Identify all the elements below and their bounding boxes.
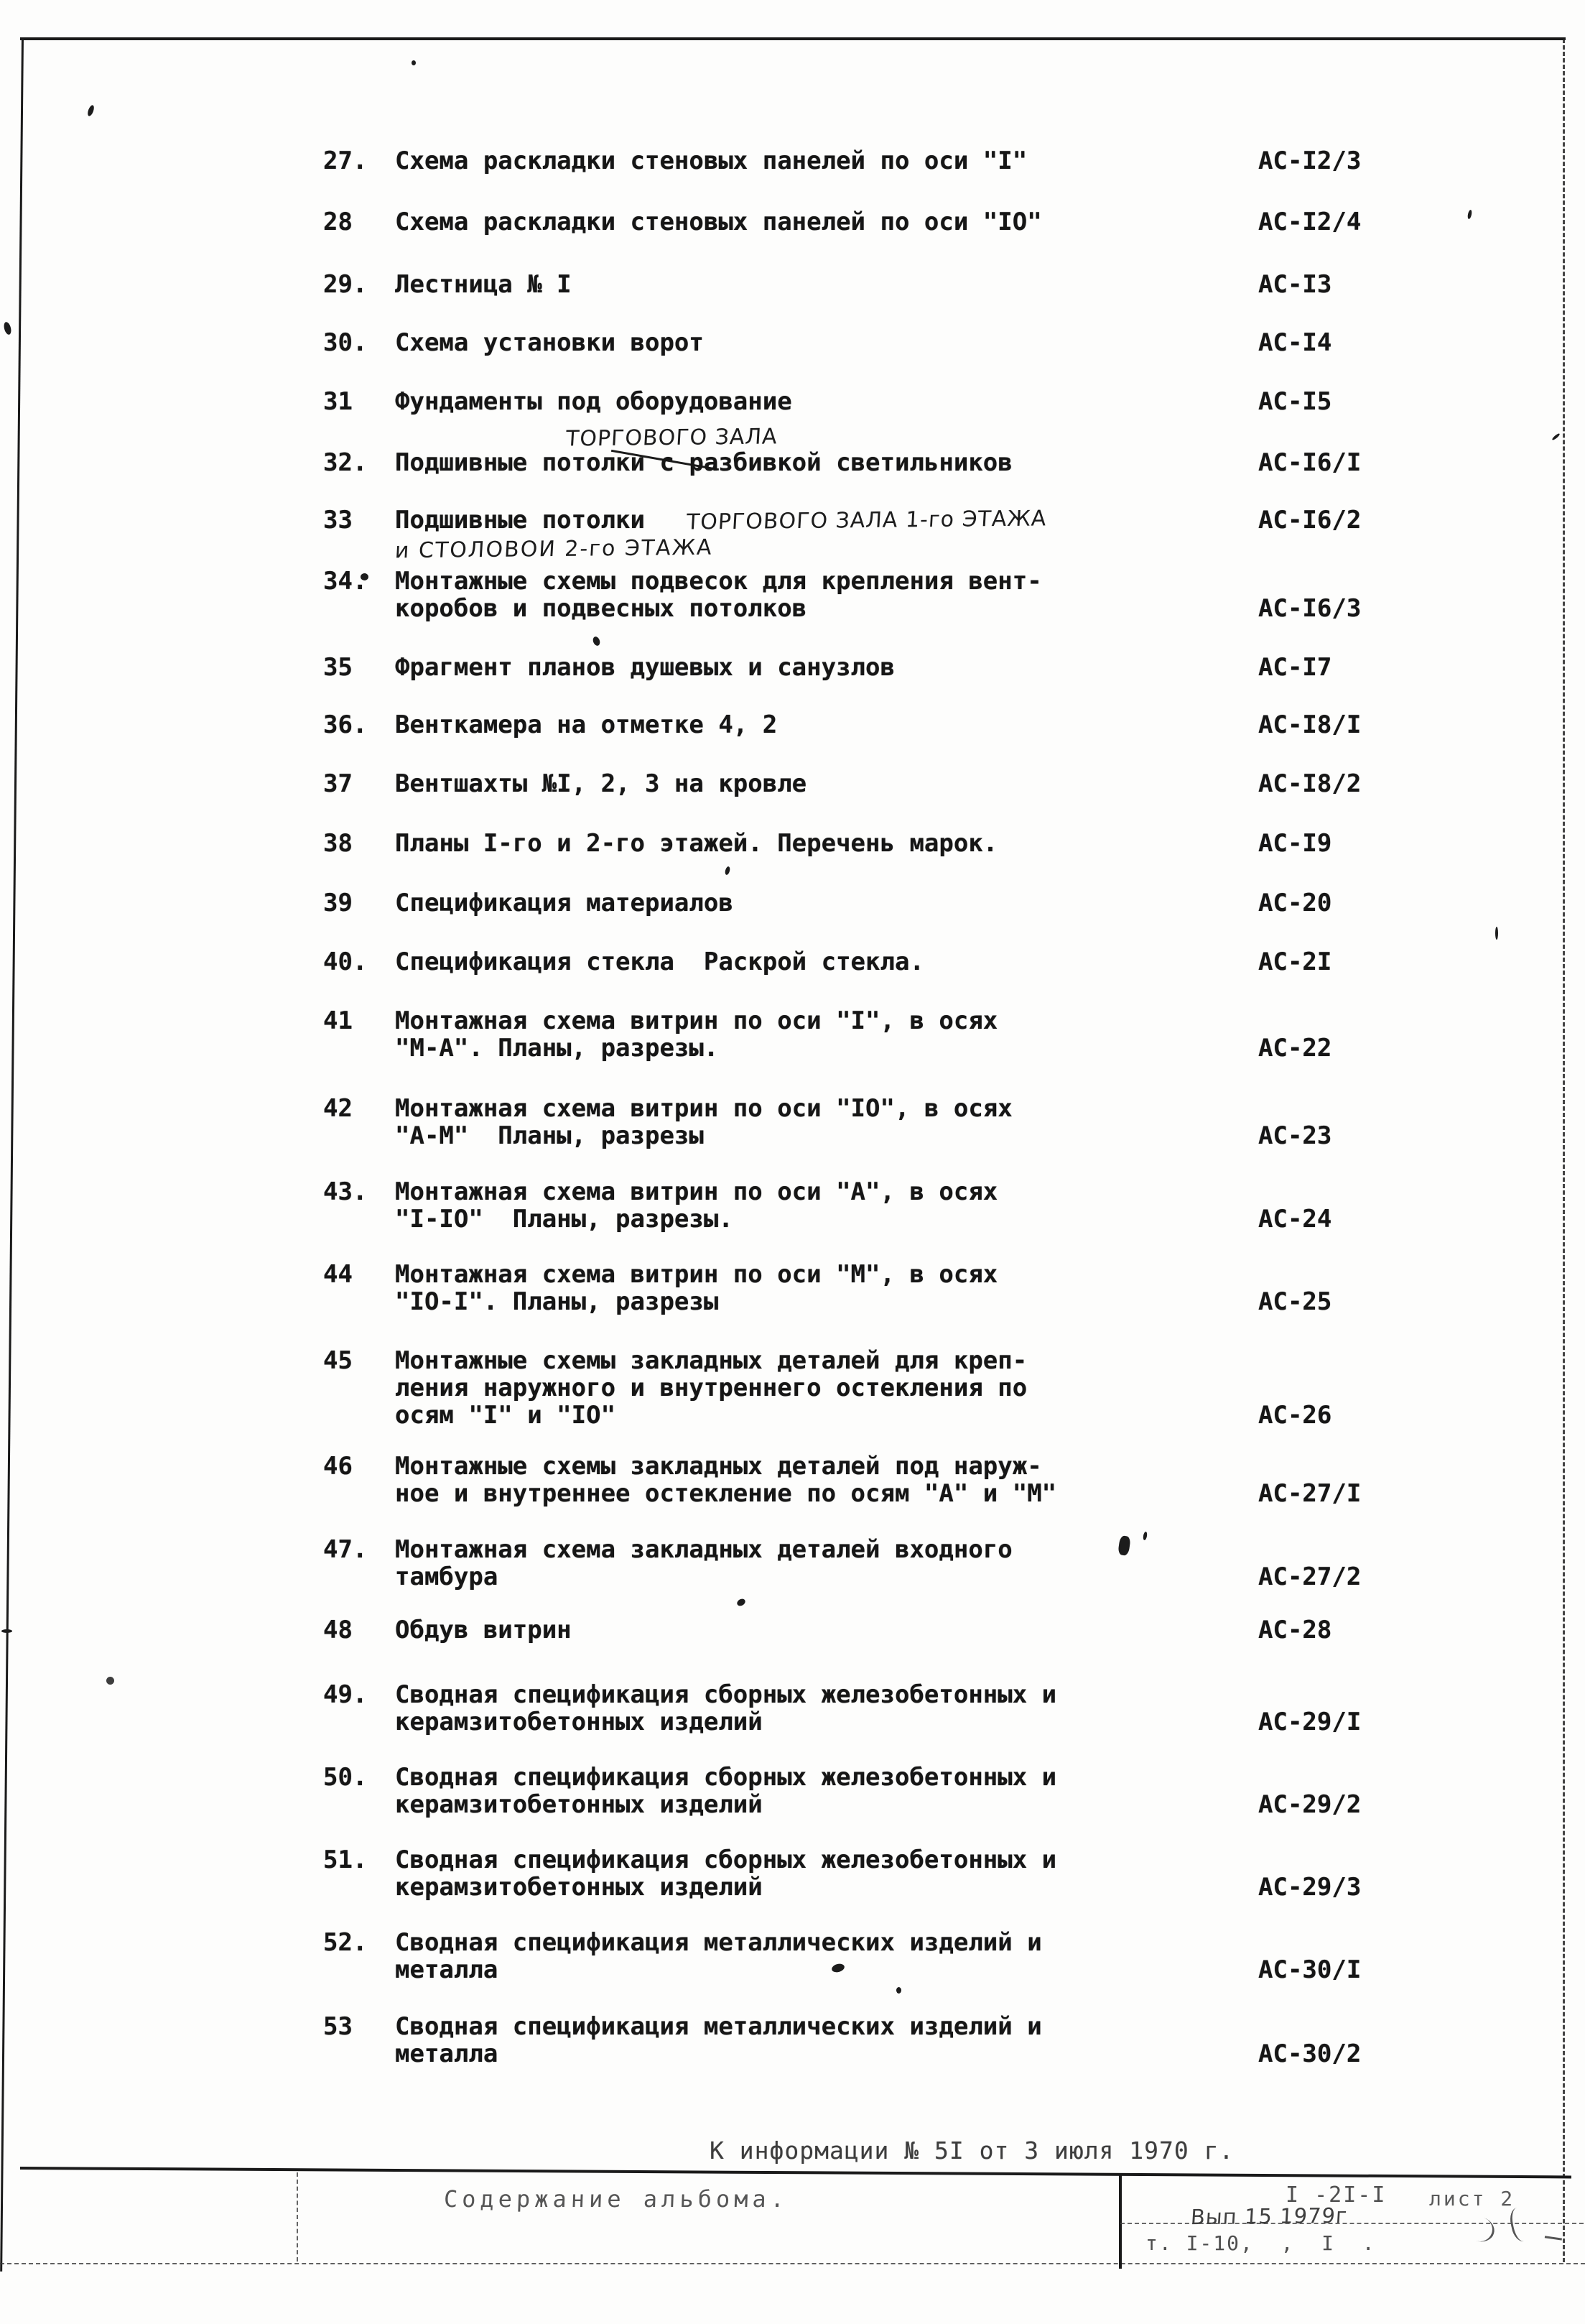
item-number: 42 — [323, 1095, 353, 1122]
sheet-code: АС-2I — [1258, 948, 1331, 976]
title-block-row2: т. I-10, , I . — [1145, 2231, 1376, 2255]
sheet-code: АС-I5 — [1258, 388, 1331, 415]
ink-speck — [1551, 432, 1561, 440]
page-bottom-line — [0, 2263, 1585, 2264]
frame-right-line — [1563, 39, 1565, 2262]
item-number: 34. — [323, 568, 367, 595]
sheet-code: АС-29/I — [1258, 1708, 1361, 1736]
item-description: Монтажная схема закладных деталей входно… — [395, 1536, 1013, 1591]
item-number: 37 — [323, 770, 353, 797]
item-number: 36. — [323, 711, 367, 739]
item-number: 29. — [323, 271, 367, 298]
handwritten-mark — [1462, 2213, 1498, 2245]
sheet-code: АС-29/2 — [1258, 1791, 1361, 1818]
ink-speck — [3, 321, 12, 335]
sheet-code: АС-I4 — [1258, 329, 1331, 356]
item-description: Монтажная схема витрин по оси "I", в ося… — [395, 1007, 998, 1062]
item-number: 47. — [323, 1536, 367, 1563]
footer-note: К информации № 5I от 3 июля 1970 г. — [710, 2136, 1234, 2165]
sheet-code: АС-27/2 — [1258, 1563, 1361, 1591]
sheet-code: АС-I6/3 — [1258, 595, 1361, 622]
item-number: 46 — [323, 1453, 353, 1480]
item-description: Планы I-го и 2-го этажей. Перечень марок… — [395, 830, 998, 857]
ink-speck — [592, 636, 601, 647]
item-description: Монтажные схемы закладных деталей под на… — [395, 1453, 1056, 1507]
sheet-code: АС-I6/2 — [1258, 506, 1361, 534]
item-number: 35 — [323, 654, 353, 681]
album-contents-label: Содержание альбома. — [443, 2185, 789, 2213]
stamp-top-line — [20, 2167, 1571, 2178]
frame-left-line — [0, 37, 24, 2272]
item-description: Венткамера на отметке 4, 2 — [395, 711, 777, 739]
item-description: Монтажные схемы закладных деталей для кр… — [395, 1347, 1027, 1429]
sheet-code: АС-I8/I — [1258, 711, 1361, 739]
document-page: 27. Схема раскладки стеновых панелей по … — [0, 0, 1585, 2324]
item-description: Вентшахты №I, 2, 3 на кровле — [395, 770, 807, 797]
sheet-code: АС-27/I — [1258, 1480, 1361, 1507]
sheet-code: АС-20 — [1258, 889, 1331, 917]
ink-speck — [736, 1598, 747, 1608]
item-description: Подшивные потолкиТОРГОВОГО ЗАЛА 1-го ЭТА… — [395, 506, 1046, 563]
ink-speck — [1495, 927, 1498, 940]
item-number: 52. — [323, 1929, 367, 1956]
item-description: Монтажная схема витрин по оси "А", в ося… — [395, 1178, 998, 1233]
item-description: Монтажные схемы подвесок для крепления в… — [395, 568, 1042, 622]
item-number: 45 — [323, 1347, 353, 1374]
ink-speck — [106, 1677, 114, 1685]
sheet-code: АС-22 — [1258, 1034, 1331, 1062]
item-description: Фрагмент планов душевых и санузлов — [395, 654, 895, 681]
item-number: 39 — [323, 889, 353, 917]
item-description: Сводная спецификация металлических издел… — [395, 2013, 1042, 2068]
item-description: Лестница № I — [395, 271, 572, 298]
ink-speck — [86, 104, 95, 116]
item-description: Спецификация материалов — [395, 889, 733, 917]
item-description: Схема установки ворот — [395, 329, 704, 356]
sheet-code: АС-30/I — [1258, 1956, 1361, 1983]
frame-top-line — [20, 37, 1566, 40]
item-description: Монтажная схема витрин по оси "IО", в ос… — [395, 1095, 1013, 1149]
item-description: Сводная спецификация металлических издел… — [395, 1929, 1042, 1983]
stamp-left-cell-divider — [297, 2172, 298, 2261]
ink-speck — [725, 866, 731, 875]
item-number: 27. — [323, 147, 367, 175]
item-description: Обдув витрин — [395, 1616, 572, 1644]
title-block-left-line — [1119, 2175, 1122, 2269]
item-number: 33 — [323, 506, 353, 534]
item-number: 30. — [323, 329, 367, 356]
sheet-code: АС-25 — [1258, 1288, 1331, 1315]
item-description: Сводная спецификация сборных железобетон… — [395, 1764, 1056, 1818]
sheet-code: АС-30/2 — [1258, 2040, 1361, 2068]
sheet-code: АС-28 — [1258, 1616, 1331, 1644]
handwritten-mark — [1545, 2224, 1563, 2240]
sheet-code: АС-I2/4 — [1258, 208, 1361, 236]
sheet-code: АС-26 — [1258, 1402, 1331, 1429]
ink-speck — [361, 573, 368, 580]
item-description: Сводная спецификация сборных железобетон… — [395, 1681, 1056, 1736]
item-description: Подшивные потолки с разбивкой светильник… — [395, 449, 1013, 476]
sheet-code: АС-I9 — [1258, 830, 1331, 857]
item-number: 49. — [323, 1681, 367, 1708]
scanned-document-page: { "colors": { "ink": "#1a1a1a", "paper":… — [0, 0, 1585, 2324]
item-number: 53 — [323, 2013, 353, 2040]
handwritten-annotation: ТОРГОВОГО ЗАЛА 1-го ЭТАЖА — [686, 505, 1048, 536]
item-description: Фундаменты под оборудование — [395, 388, 792, 415]
ink-speck — [1, 1629, 12, 1633]
item-number: 32. — [323, 449, 367, 476]
sheet-code: АС-I2/3 — [1258, 147, 1361, 175]
sheet-code: АС-I6/I — [1258, 449, 1361, 476]
item-description: Схема раскладки стеновых панелей по оси … — [395, 208, 1042, 236]
item-number: 44 — [323, 1261, 353, 1288]
item-number: 50. — [323, 1764, 367, 1791]
sheet-code: АС-23 — [1258, 1122, 1331, 1149]
sheet-code: АС-24 — [1258, 1205, 1331, 1233]
item-number: 28 — [323, 208, 353, 236]
item-description: Схема раскладки стеновых панелей по оси … — [395, 147, 1027, 175]
item-number: 38 — [323, 830, 353, 857]
title-block-sheet-number: лист 2 — [1429, 2187, 1515, 2210]
item-description: Сводная спецификация сборных железобетон… — [395, 1846, 1056, 1901]
item-number: 48 — [323, 1616, 353, 1644]
item-number: 41 — [323, 1007, 353, 1034]
ink-speck — [1467, 210, 1473, 220]
sheet-code: АС-I7 — [1258, 654, 1331, 681]
sheet-code: АС-29/3 — [1258, 1874, 1361, 1901]
sheet-code: АС-I3 — [1258, 271, 1331, 298]
sheet-code: АС-I8/2 — [1258, 770, 1361, 797]
item-number: 40. — [323, 948, 367, 976]
ink-speck — [412, 60, 416, 65]
item-description: Монтажная схема витрин по оси "М", в ося… — [395, 1261, 998, 1315]
ink-speck — [896, 1987, 901, 1994]
item-description: Спецификация стекла Раскрой стекла. — [395, 948, 924, 976]
item-number: 51. — [323, 1846, 367, 1874]
ink-speck — [1117, 1535, 1131, 1556]
item-number: 43. — [323, 1178, 367, 1205]
handwritten-annotation: и СТОЛОВОИ 2-го ЭТАЖА — [394, 534, 714, 565]
ink-speck — [1143, 1532, 1148, 1541]
title-block-handwritten-issue: Вып 15 1979г — [1190, 2203, 1348, 2229]
item-number: 31 — [323, 388, 353, 415]
handwritten-mark — [1507, 2205, 1535, 2244]
